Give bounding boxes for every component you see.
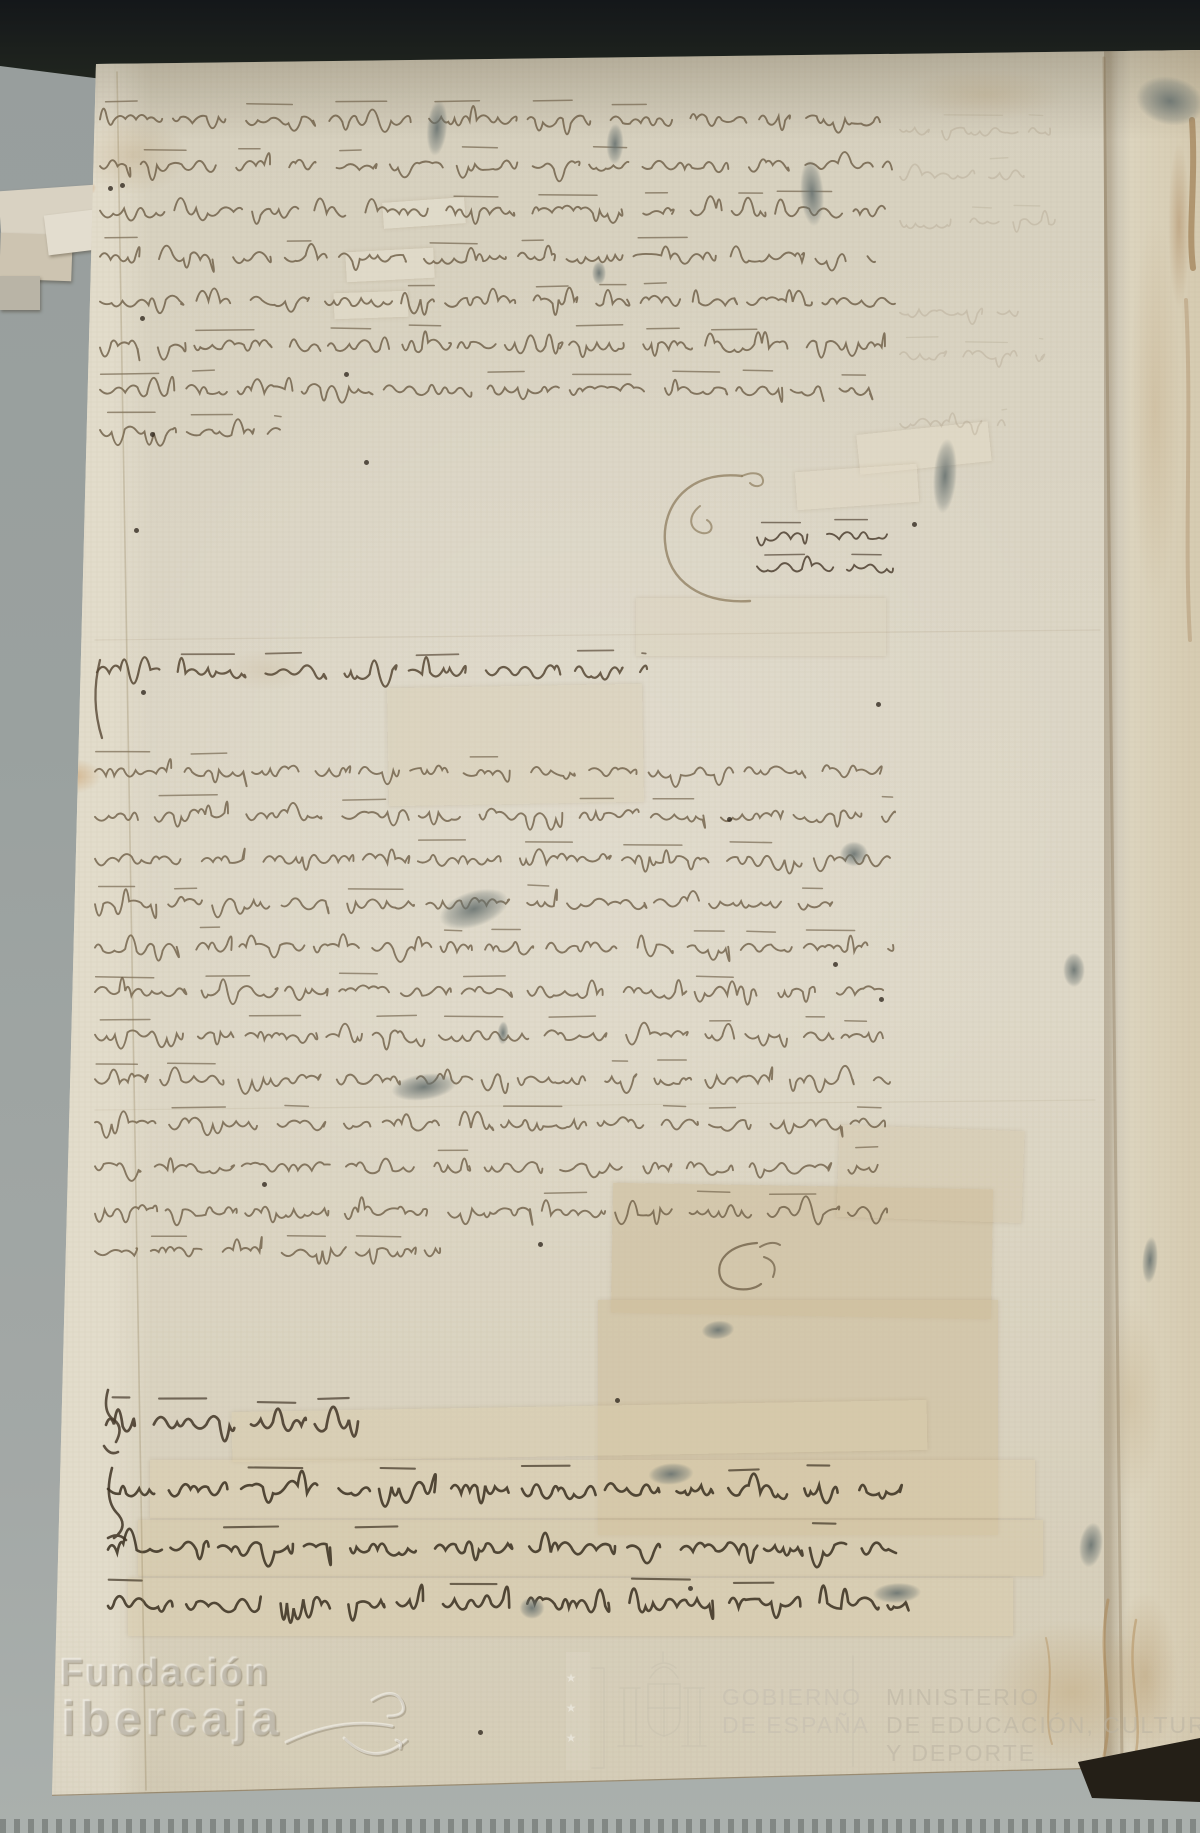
repair-patch <box>345 248 434 283</box>
torn-stub <box>0 276 40 310</box>
ink-spot <box>615 1398 620 1403</box>
repair-patch <box>334 291 409 320</box>
ink-spot <box>727 817 732 822</box>
ink-spot <box>262 1182 267 1187</box>
grey-smudge <box>590 258 608 288</box>
ink-spot <box>150 432 155 437</box>
manuscript-photograph: Fundación ibercaja ★★★ GOBIERNO DE ESPAÑ… <box>0 0 1200 1833</box>
ink-spot <box>140 316 145 321</box>
grey-smudge <box>836 838 872 870</box>
stain <box>36 752 112 800</box>
gobierno-watermark-line2: DE ESPAÑA <box>722 1712 870 1739</box>
ink-spot <box>344 372 349 377</box>
ink-spot <box>833 962 838 967</box>
ink-spot <box>538 1242 543 1247</box>
ministerio-watermark-line1: MINISTERIO <box>886 1684 1040 1711</box>
ibercaja-watermark-line2: ibercaja <box>62 1692 283 1747</box>
ink-spot <box>120 183 125 188</box>
stain <box>1082 1260 1177 1540</box>
grey-smudge <box>1060 948 1088 992</box>
stain <box>876 60 1096 130</box>
repair-patch <box>138 1520 1043 1576</box>
ink-spot <box>876 702 881 707</box>
ink-spot <box>108 186 113 191</box>
manuscript-page: Fundación ibercaja ★★★ GOBIERNO DE ESPAÑ… <box>0 0 1200 1833</box>
ministerio-watermark-line3: Y DEPORTE <box>886 1740 1036 1767</box>
gobierno-watermark-line1: GOBIERNO <box>722 1684 862 1711</box>
ink-spot <box>879 997 884 1002</box>
ink-spot <box>134 528 139 533</box>
repair-patch <box>636 598 886 656</box>
ink-spot <box>912 522 917 527</box>
repair-patch <box>387 684 644 806</box>
ministerio-watermark-line2: DE EDUCACIÓN, CULTURA <box>886 1712 1200 1739</box>
stain <box>206 640 326 700</box>
stain <box>1164 110 1194 340</box>
ibercaja-watermark-line1: Fundación <box>60 1652 270 1695</box>
repair-patch <box>150 1460 1035 1518</box>
ink-spot <box>688 1586 693 1591</box>
grey-smudge <box>516 1594 548 1622</box>
repair-patch <box>836 1125 1024 1223</box>
ink-spot <box>478 1730 483 1735</box>
ink-spot <box>364 460 369 465</box>
ink-spot <box>141 690 146 695</box>
